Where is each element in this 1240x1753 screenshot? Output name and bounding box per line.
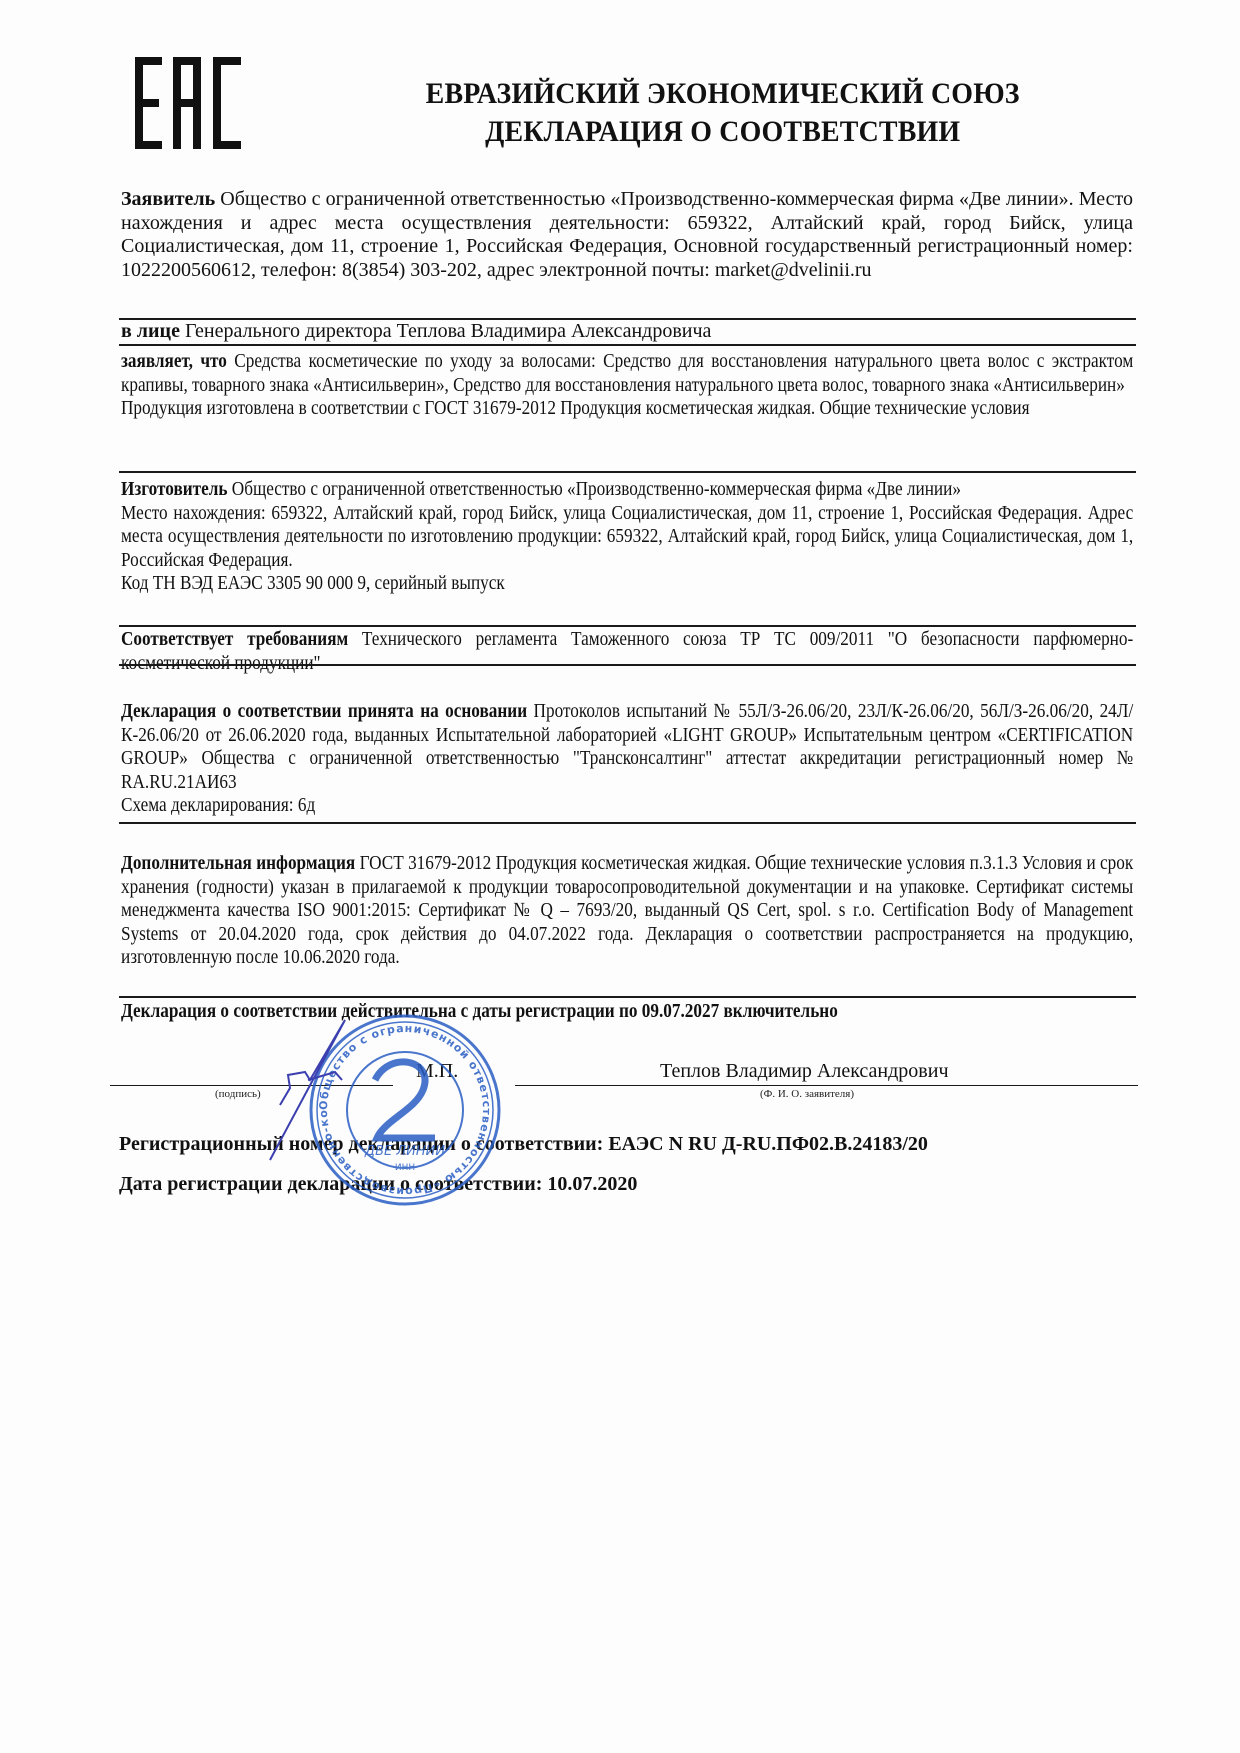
applicant-text: Общество с ограниченной ответственностью… [121, 188, 1133, 281]
divider [119, 664, 1136, 666]
signature-caption: (подпись) [215, 1088, 261, 1100]
divider [119, 471, 1136, 473]
seal-label: М.П. [416, 1060, 458, 1083]
declaration-page: ЕВРАЗИЙСКИЙ ЭКОНОМИЧЕСКИЙ СОЮЗ ДЕКЛАРАЦИ… [0, 0, 1240, 1753]
applicant-name: Теплов Владимир Александрович [660, 1060, 949, 1083]
validity-statement: Декларация о соответствии действительна … [121, 1000, 1133, 1024]
declares-text: Средства косметические по уходу за волос… [121, 350, 1133, 396]
eac-mark-icon [135, 57, 243, 149]
conforms-section: Соответствует требованиям Технического р… [121, 628, 1133, 675]
document-header: ЕВРАЗИЙСКИЙ ЭКОНОМИЧЕСКИЙ СОЮЗ ДЕКЛАРАЦИ… [360, 75, 1085, 151]
represented-by-section: в лице Генерального директора Теплова Вл… [121, 320, 1133, 344]
manufacturer-text: Общество с ограниченной ответственностью… [232, 478, 961, 500]
basis-label: Декларация о соответствии принята на осн… [121, 700, 527, 722]
svg-text:Общество с ограниченной ответс: Общество с ограниченной ответственностью… [305, 1010, 493, 1198]
production-standard: Продукция изготовлена в соответствии с Г… [121, 397, 1133, 421]
represented-by-text: Генерального директора Теплова Владимира… [185, 320, 711, 342]
divider [119, 822, 1136, 824]
registration-number: Регистрационный номер декларации о соотв… [119, 1133, 928, 1156]
divider [119, 344, 1136, 346]
divider [119, 996, 1136, 998]
manufacturer-address: Место нахождения: 659322, Алтайский край… [121, 502, 1133, 573]
stamp-ring-text: Общество с ограниченной ответственностью… [305, 1010, 493, 1198]
header-union-title: ЕВРАЗИЙСКИЙ ЭКОНОМИЧЕСКИЙ СОЮЗ [360, 75, 1085, 113]
declaration-scheme: Схема декларирования: 6д [121, 794, 1133, 818]
applicant-section: Заявитель Общество с ограниченной ответс… [121, 188, 1133, 282]
declares-label: заявляет, что [121, 350, 227, 372]
basis-section: Декларация о соответствии принята на осн… [121, 700, 1133, 818]
represented-by-label: в лице [121, 320, 180, 342]
stamp-inn-label: ИНН [395, 1163, 415, 1173]
tn-ved-code: Код ТН ВЭД ЕАЭС 3305 90 000 9, серийный … [121, 572, 1133, 596]
divider [119, 625, 1136, 627]
declares-section: заявляет, что Средства косметические по … [121, 350, 1133, 421]
additional-info-label: Дополнительная информация [121, 852, 355, 874]
conforms-label: Соответствует требованиям [121, 628, 348, 650]
applicant-label: Заявитель [121, 188, 215, 210]
name-caption: (Ф. И. О. заявителя) [760, 1088, 854, 1100]
additional-info-section: Дополнительная информация ГОСТ 31679-201… [121, 852, 1133, 970]
registration-date: Дата регистрации декларации о соответств… [119, 1173, 637, 1196]
header-declaration-title: ДЕКЛАРАЦИЯ О СООТВЕТСТВИИ [360, 113, 1085, 151]
name-line [515, 1085, 1138, 1086]
manufacturer-section: Изготовитель Общество с ограниченной отв… [121, 478, 1133, 596]
signature-line [110, 1085, 393, 1086]
manufacturer-label: Изготовитель [121, 478, 227, 500]
